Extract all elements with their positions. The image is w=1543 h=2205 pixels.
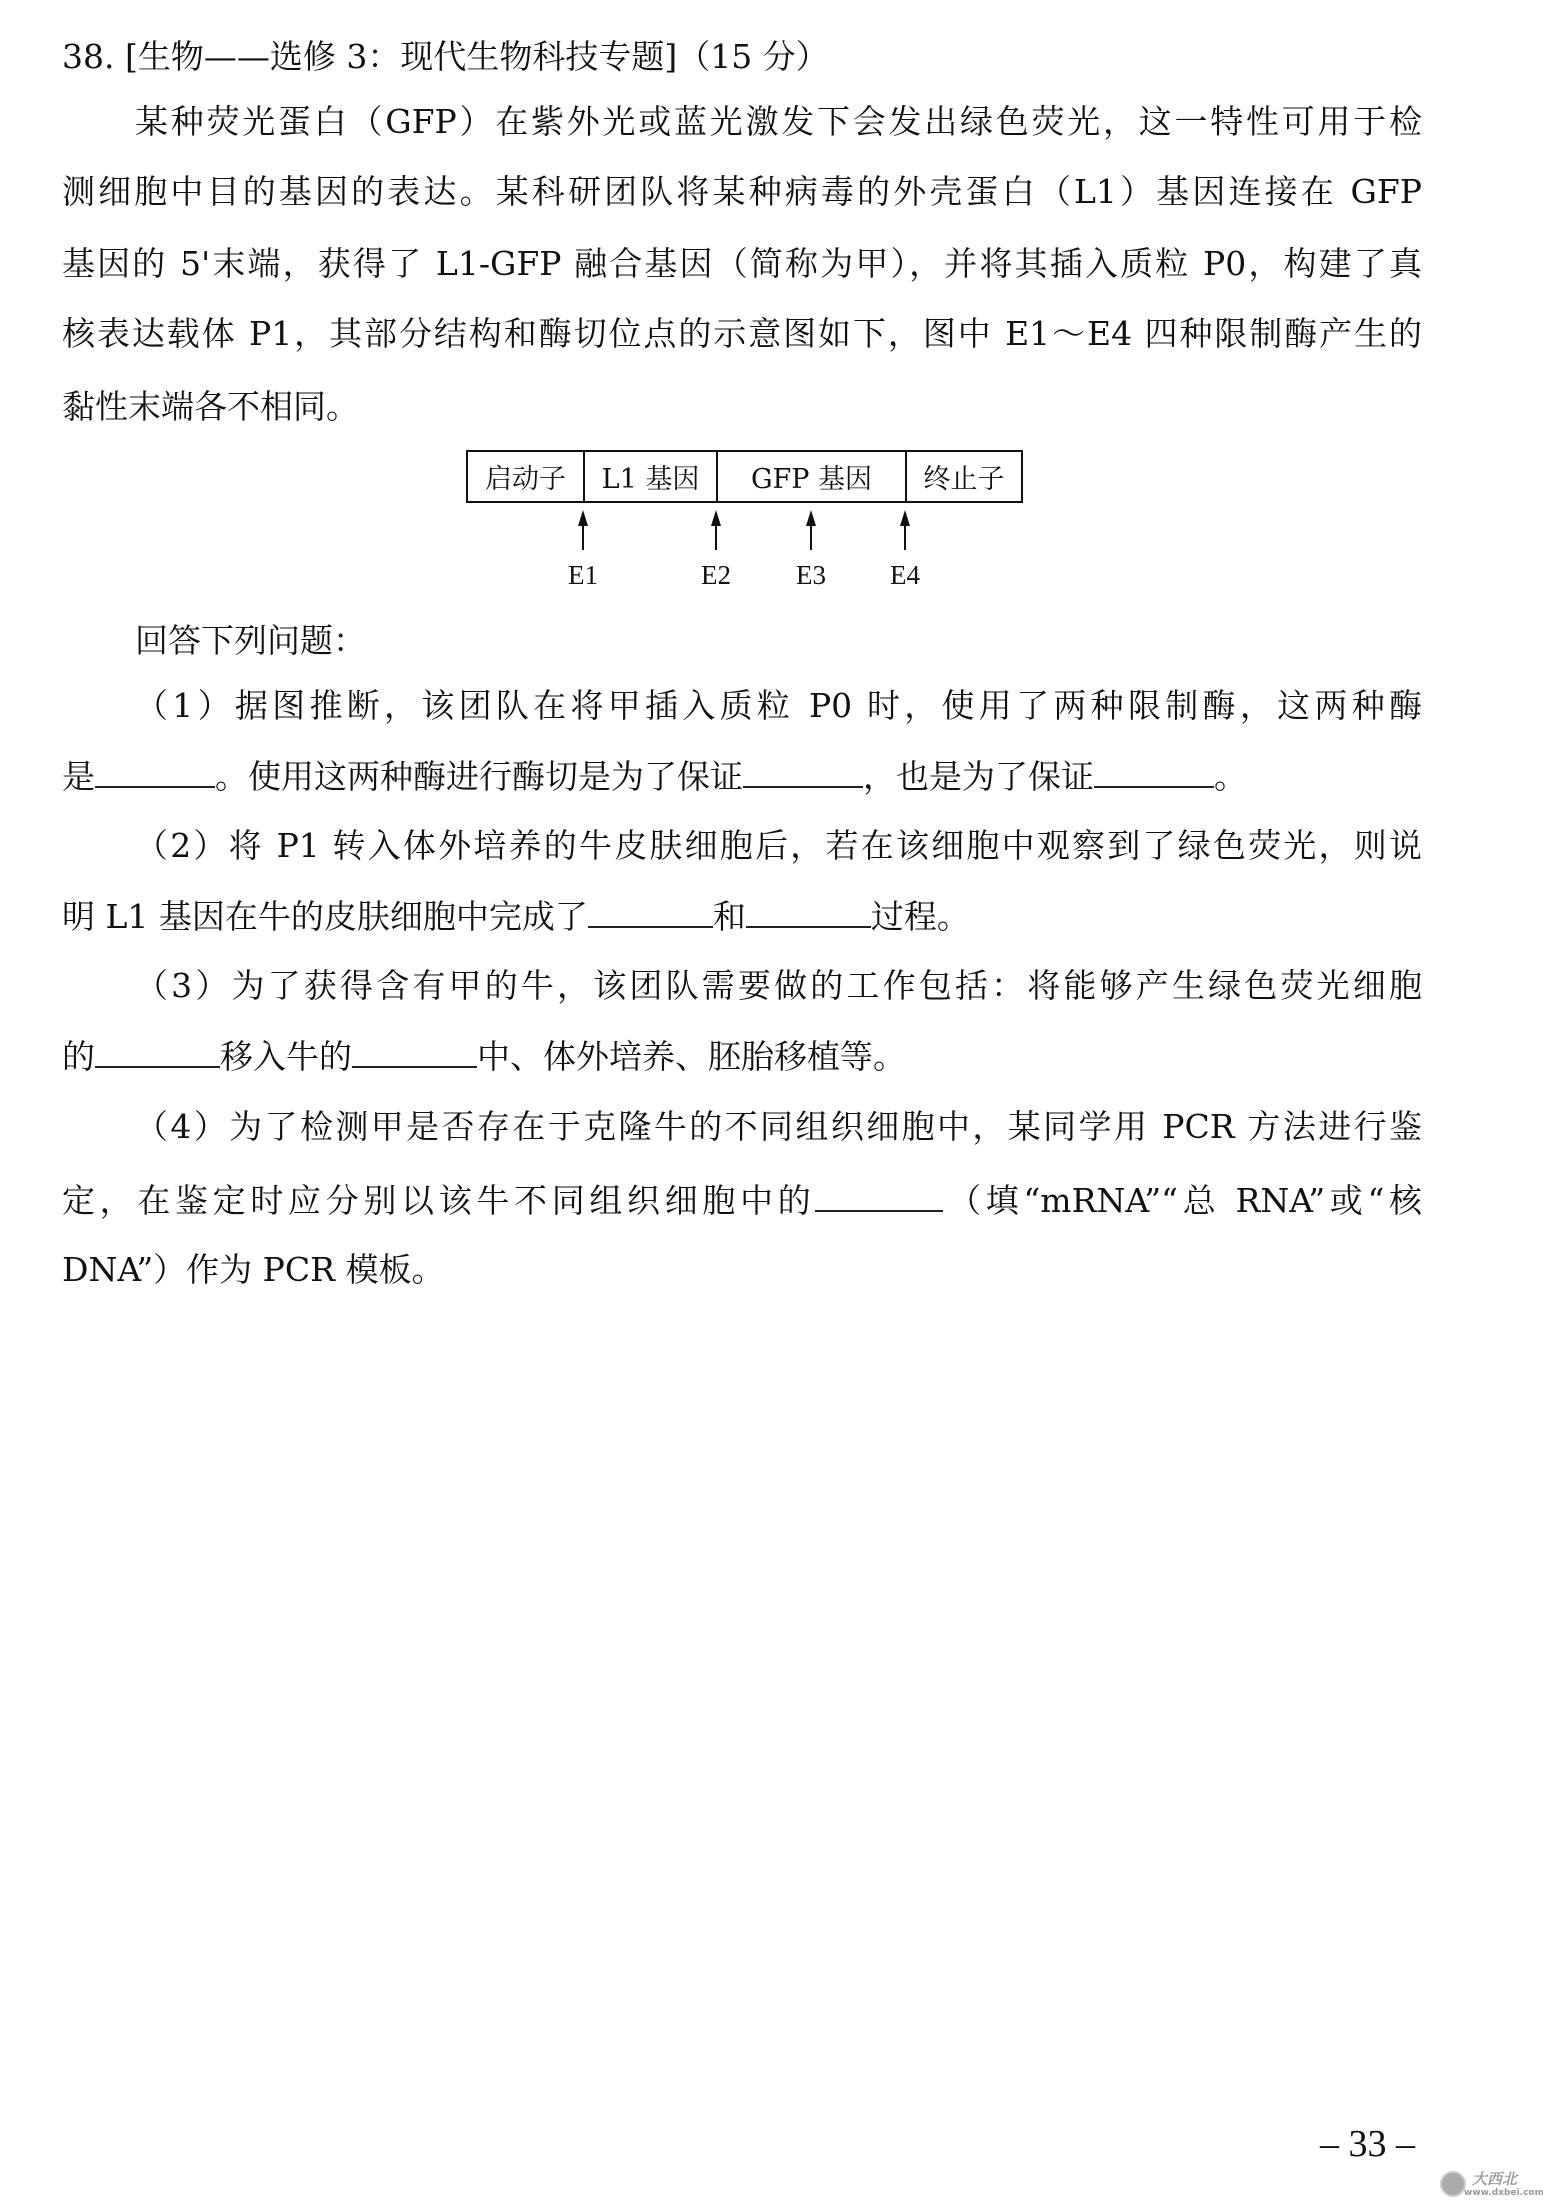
gene-construct-diagram: 启动子 L1 基因 GFP 基因 终止子 xyxy=(466,450,1023,503)
site-label-e1: E1 xyxy=(553,560,613,591)
q4-line-2: 定，在鉴定时应分别以该牛不同组织细胞中的（填“mRNA”“总 RNA”或“核 xyxy=(62,1180,1422,1220)
segment-gfp-gene: GFP 基因 xyxy=(718,452,907,501)
q2-blank-2[interactable] xyxy=(746,896,871,928)
q3-line-1: （3）为了获得含有甲的牛，该团队需要做的工作包括：将能够产生绿色荧光细胞 xyxy=(135,966,1422,1006)
question-title: 38. [生物——选修 3：现代生物科技专题]（15 分） xyxy=(62,37,829,77)
q4-blank-1[interactable] xyxy=(815,1180,943,1212)
q1-text-b: 。使用这两种酶进行酶切是为了保证 xyxy=(215,757,743,796)
arrow-up-icon xyxy=(577,510,589,550)
segment-l1-gene: L1 基因 xyxy=(585,452,718,501)
site-label-e3: E3 xyxy=(781,560,841,591)
intro-line-5: 黏性末端各不相同。 xyxy=(62,387,1422,427)
q4-line-1: （4）为了检测甲是否存在于克隆牛的不同组织细胞中，某同学用 PCR 方法进行鉴 xyxy=(135,1107,1422,1147)
arrow-up-icon xyxy=(805,510,817,550)
q1-line-1: （1）据图推断，该团队在将甲插入质粒 P0 时，使用了两种限制酶，这两种酶 xyxy=(135,686,1422,726)
q3-blank-2[interactable] xyxy=(352,1036,477,1068)
q2-line-1: （2）将 P1 转入体外培养的牛皮肤细胞后，若在该细胞中观察到了绿色荧光，则说 xyxy=(135,826,1422,866)
q1-text-a: 是 xyxy=(62,757,95,796)
q2-line-2: 明 L1 基因在牛的皮肤细胞中完成了和过程。 xyxy=(62,896,1422,936)
page-number: – 33 – xyxy=(1320,2122,1415,2166)
answer-prompt: 回答下列问题： xyxy=(135,621,1422,661)
q1-blank-3[interactable] xyxy=(1094,756,1214,788)
q4-text-a: 定，在鉴定时应分别以该牛不同组织细胞中的 xyxy=(62,1181,815,1220)
intro-line-1: 某种荧光蛋白（GFP）在紫外光或蓝光激发下会发出绿色荧光，这一特性可用于检 xyxy=(135,102,1422,142)
watermark-url: www.dxbei.com xyxy=(1464,2188,1543,2198)
segment-terminator: 终止子 xyxy=(907,452,1021,501)
intro-line-3: 基因的 5'末端，获得了 L1-GFP 融合基因（简称为甲），并将其插入质粒 P… xyxy=(62,244,1422,284)
q3-text-c: 中、体外培养、胚胎移植等。 xyxy=(477,1037,906,1076)
q2-text-a: 明 L1 基因在牛的皮肤细胞中完成了 xyxy=(62,897,588,936)
site-label-e2: E2 xyxy=(686,560,746,591)
q4-line-3: DNA”）作为 PCR 模板。 xyxy=(62,1250,1422,1290)
q2-blank-1[interactable] xyxy=(588,896,713,928)
q1-blank-2[interactable] xyxy=(743,756,863,788)
q1-text-d: 。 xyxy=(1214,757,1247,796)
segment-promoter: 启动子 xyxy=(468,452,585,501)
arrow-up-icon xyxy=(899,510,911,550)
watermark-name: 大西北 xyxy=(1472,2168,1517,2189)
site-label-e4: E4 xyxy=(875,560,935,591)
watermark: 大西北 www.dxbei.com xyxy=(1440,2168,1540,2202)
q1-text-c: ，也是为了保证 xyxy=(863,757,1094,796)
q3-blank-1[interactable] xyxy=(95,1036,220,1068)
q3-text-a: 的 xyxy=(62,1037,95,1076)
q2-text-c: 过程。 xyxy=(871,897,970,936)
q3-line-2: 的移入牛的中、体外培养、胚胎移植等。 xyxy=(62,1036,1422,1076)
arrow-up-icon xyxy=(710,510,722,550)
intro-line-2: 测细胞中目的基因的表达。某科研团队将某种病毒的外壳蛋白（L1）基因连接在 GFP xyxy=(62,172,1422,212)
q4-text-b: （填“mRNA”“总 RNA”或“核 xyxy=(943,1181,1422,1220)
q2-text-b: 和 xyxy=(713,897,746,936)
intro-line-4: 核表达载体 P1，其部分结构和酶切位点的示意图如下，图中 E1～E4 四种限制酶… xyxy=(62,314,1422,354)
q3-text-b: 移入牛的 xyxy=(220,1037,352,1076)
elephant-logo-icon xyxy=(1440,2171,1466,2197)
q1-blank-1[interactable] xyxy=(95,756,215,788)
q1-line-2: 是。使用这两种酶进行酶切是为了保证，也是为了保证。 xyxy=(62,756,1422,796)
